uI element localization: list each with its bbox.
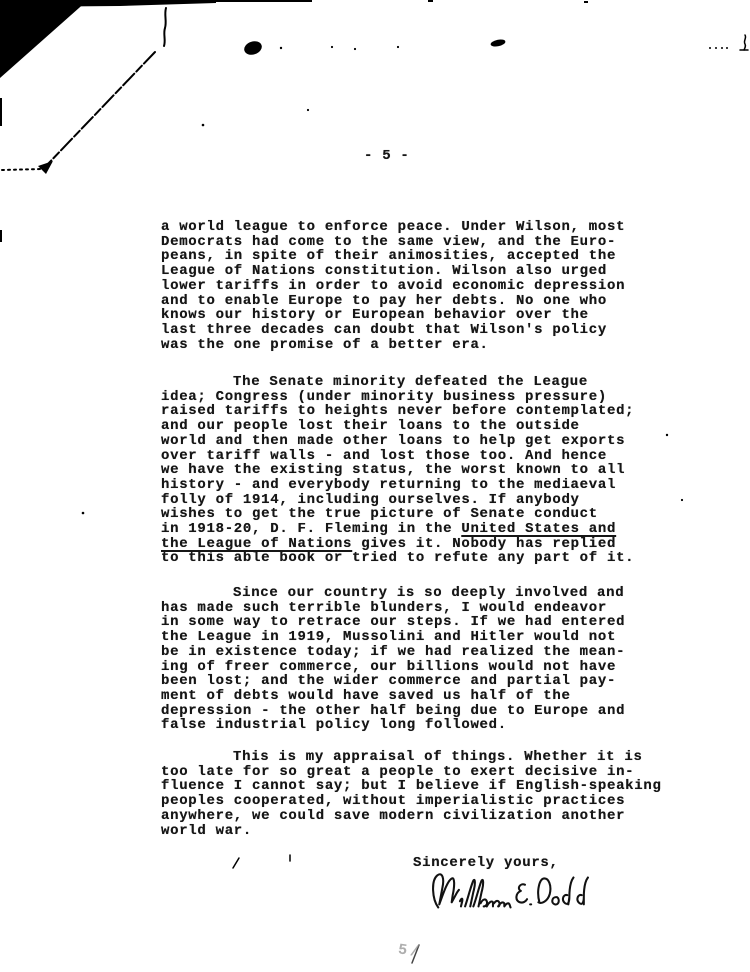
signature: William E. Dodd xyxy=(430,872,590,919)
top-edge-line xyxy=(0,0,216,7)
text-line: peoples cooperated, without imperialisti… xyxy=(161,794,662,809)
text-line: anywhere, we could save modern civilizat… xyxy=(161,809,662,824)
vertical-scratch xyxy=(164,8,166,46)
ink-dot-right xyxy=(490,38,506,47)
text-line: knows our history or European behavior o… xyxy=(161,308,625,323)
pen-arrowhead xyxy=(38,161,53,174)
text-line: history - and everybody returning to the… xyxy=(161,478,634,493)
paragraph-2: The Senate minority defeated the Leaguei… xyxy=(161,375,634,566)
paragraph-1: a world league to enforce peace. Under W… xyxy=(161,220,625,352)
text-line: ing of freer commerce, our billions woul… xyxy=(161,660,625,675)
text-line: over tariff walls - and lost those too. … xyxy=(161,449,634,464)
text-line: false industrial policy long followed. xyxy=(161,718,625,733)
text-line: was the one promise of a better era. xyxy=(161,338,625,353)
signature-handwriting xyxy=(430,872,590,914)
paragraph-4: This is my appraisal of things. Whether … xyxy=(161,750,662,838)
edge-tick-2 xyxy=(0,230,2,242)
text-line: the League in 1919, Mussolini and Hitler… xyxy=(161,630,625,645)
pen-dotted-line xyxy=(2,169,42,170)
ink-dot-left xyxy=(242,39,263,57)
text-line: wishes to get the true picture of Senate… xyxy=(161,507,634,522)
text-line: League of Nations constitution. Wilson a… xyxy=(161,264,625,279)
text-line: peans, in spite of their animosities, ac… xyxy=(161,249,625,264)
text-line: last three decades can doubt that Wilson… xyxy=(161,323,625,338)
text-line: a world league to enforce peace. Under W… xyxy=(161,220,625,235)
text-line: world war. xyxy=(161,824,662,839)
scanned-letter-page: { "page": { "number_label": "- 5 -", "pa… xyxy=(0,0,750,972)
paragraph-3: Since our country is so deeply involved … xyxy=(161,586,625,733)
text-line: This is my appraisal of things. Whether … xyxy=(161,750,662,765)
pen-diagonal-line xyxy=(46,52,155,166)
text-line: fluence I cannot say; but I believe if E… xyxy=(161,779,662,794)
text-line: been lost; and the wider commerce and pa… xyxy=(161,674,625,689)
text-line: raised tariffs to heights never before c… xyxy=(161,404,634,419)
stray-slash xyxy=(233,858,239,868)
text-line: Since our country is so deeply involved … xyxy=(161,586,625,601)
bottom-page-mark: 5/ xyxy=(397,941,423,961)
corner-shadow xyxy=(0,0,88,78)
text-line: The Senate minority defeated the League xyxy=(161,375,634,390)
text-line: ment of debts would have saved us half o… xyxy=(161,689,625,704)
page-number: - 5 - xyxy=(364,148,410,164)
salutation: Sincerely yours, xyxy=(413,855,559,871)
top-edge-line-thin xyxy=(216,0,312,2)
text-line: to this able book or tried to refute any… xyxy=(161,551,634,566)
text-line: in 1918-20, D. F. Fleming in the United … xyxy=(161,522,634,537)
edge-tick-1 xyxy=(0,98,2,126)
text-line: we have the existing status, the worst k… xyxy=(161,463,634,478)
text-line: and to enable Europe to pay her debts. N… xyxy=(161,294,625,309)
text-line: world and then made other loans to help … xyxy=(161,434,634,449)
text-line: lower tariffs in order to avoid economic… xyxy=(161,279,625,294)
text-line: in some way to retrace our steps. If we … xyxy=(161,615,625,630)
text-line: be in existence today; if we had realize… xyxy=(161,645,625,660)
corner-squiggle xyxy=(744,35,746,50)
text-line: and our people lost their loans to the o… xyxy=(161,419,634,434)
